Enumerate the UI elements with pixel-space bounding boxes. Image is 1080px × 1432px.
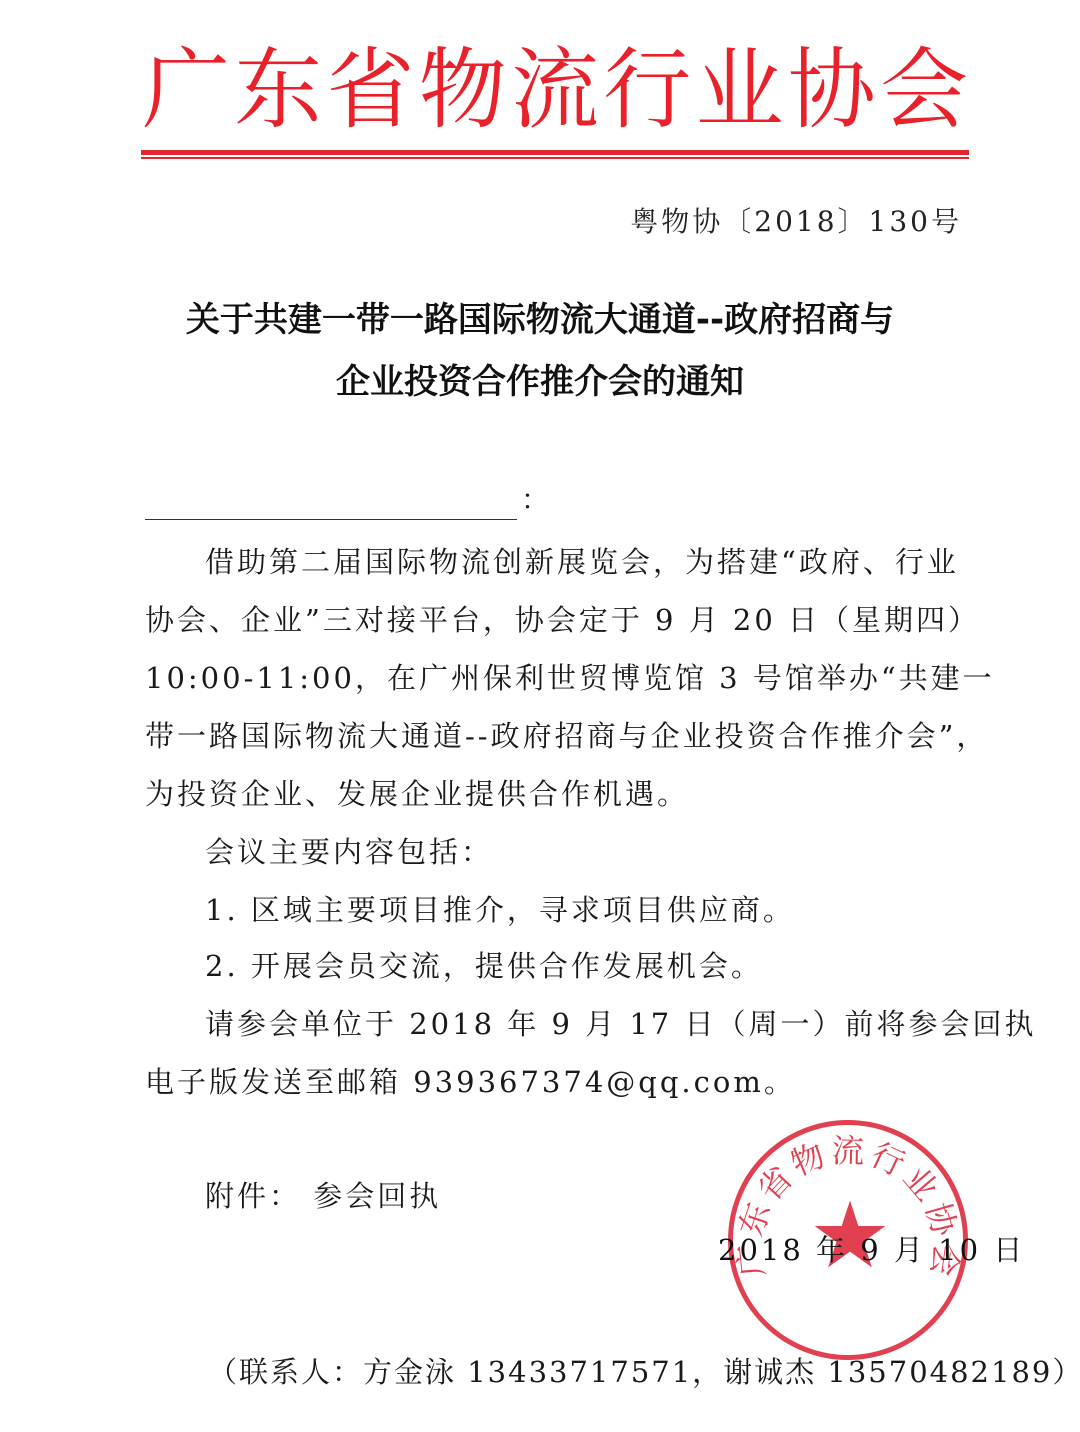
letterhead-char: 会 xyxy=(878,40,970,140)
rsvp-line-2: 电子版发送至邮箱 939367374@qq.com。 xyxy=(145,1060,796,1101)
recipient-blank-line xyxy=(145,519,517,520)
contact-info: （联系人：方金泳 13433717571，谢诚杰 13570482189） xyxy=(208,1350,1080,1391)
agenda-item-2: 2. 开展会员交流，提供合作发展机会。 xyxy=(205,944,763,985)
rsvp-line-1: 请参会单位于 2018 年 9 月 17 日（周一）前将参会回执 xyxy=(205,1002,1036,1043)
attachment-note: 附件： 参会回执 xyxy=(205,1174,441,1215)
document-number: 粤物协〔2018〕130号 xyxy=(630,200,962,240)
letterhead-char: 广 xyxy=(140,40,232,140)
letterhead-org-name: 广 东 省 物 流 行 业 协 会 xyxy=(140,40,970,140)
letterhead-char: 业 xyxy=(694,40,786,140)
letterhead-char: 流 xyxy=(509,40,601,140)
salutation: ： xyxy=(145,486,535,520)
body-paragraph-1-line-5: 为投资企业、发展企业提供合作机遇。 xyxy=(145,772,689,813)
body-paragraph-1-line-2: 协会、企业”三对接平台，协会定于 9 月 20 日（星期四） xyxy=(145,598,980,639)
salutation-colon: ： xyxy=(521,478,549,518)
document-title-line-2: 企业投资合作推介会的通知 xyxy=(0,354,1080,403)
body-paragraph-1-line-1: 借助第二届国际物流创新展览会，为搭建“政府、行业 xyxy=(205,540,959,581)
letterhead-rule-thick xyxy=(141,150,969,155)
agenda-intro: 会议主要内容包括： xyxy=(205,830,493,871)
letterhead-rule-thin xyxy=(141,157,969,159)
document-title-line-1: 关于共建一带一路国际物流大通道--政府招商与 xyxy=(0,292,1080,341)
agenda-item-1: 1. 区域主要项目推介，寻求项目供应商。 xyxy=(205,888,795,929)
letterhead-char: 省 xyxy=(325,40,417,140)
letterhead-char: 协 xyxy=(786,40,878,140)
letterhead-char: 东 xyxy=(232,40,324,140)
signature-date: 2018 年 9 月 10 日 xyxy=(718,1228,1025,1269)
letterhead-char: 行 xyxy=(601,40,693,140)
letterhead-char: 物 xyxy=(417,40,509,140)
body-paragraph-1-line-3: 10:00-11:00，在广州保利世贸博览馆 3 号馆举办“共建一 xyxy=(145,656,995,697)
body-paragraph-1-line-4: 带一路国际物流大通道--政府招商与企业投资合作推介会”， xyxy=(145,714,988,755)
